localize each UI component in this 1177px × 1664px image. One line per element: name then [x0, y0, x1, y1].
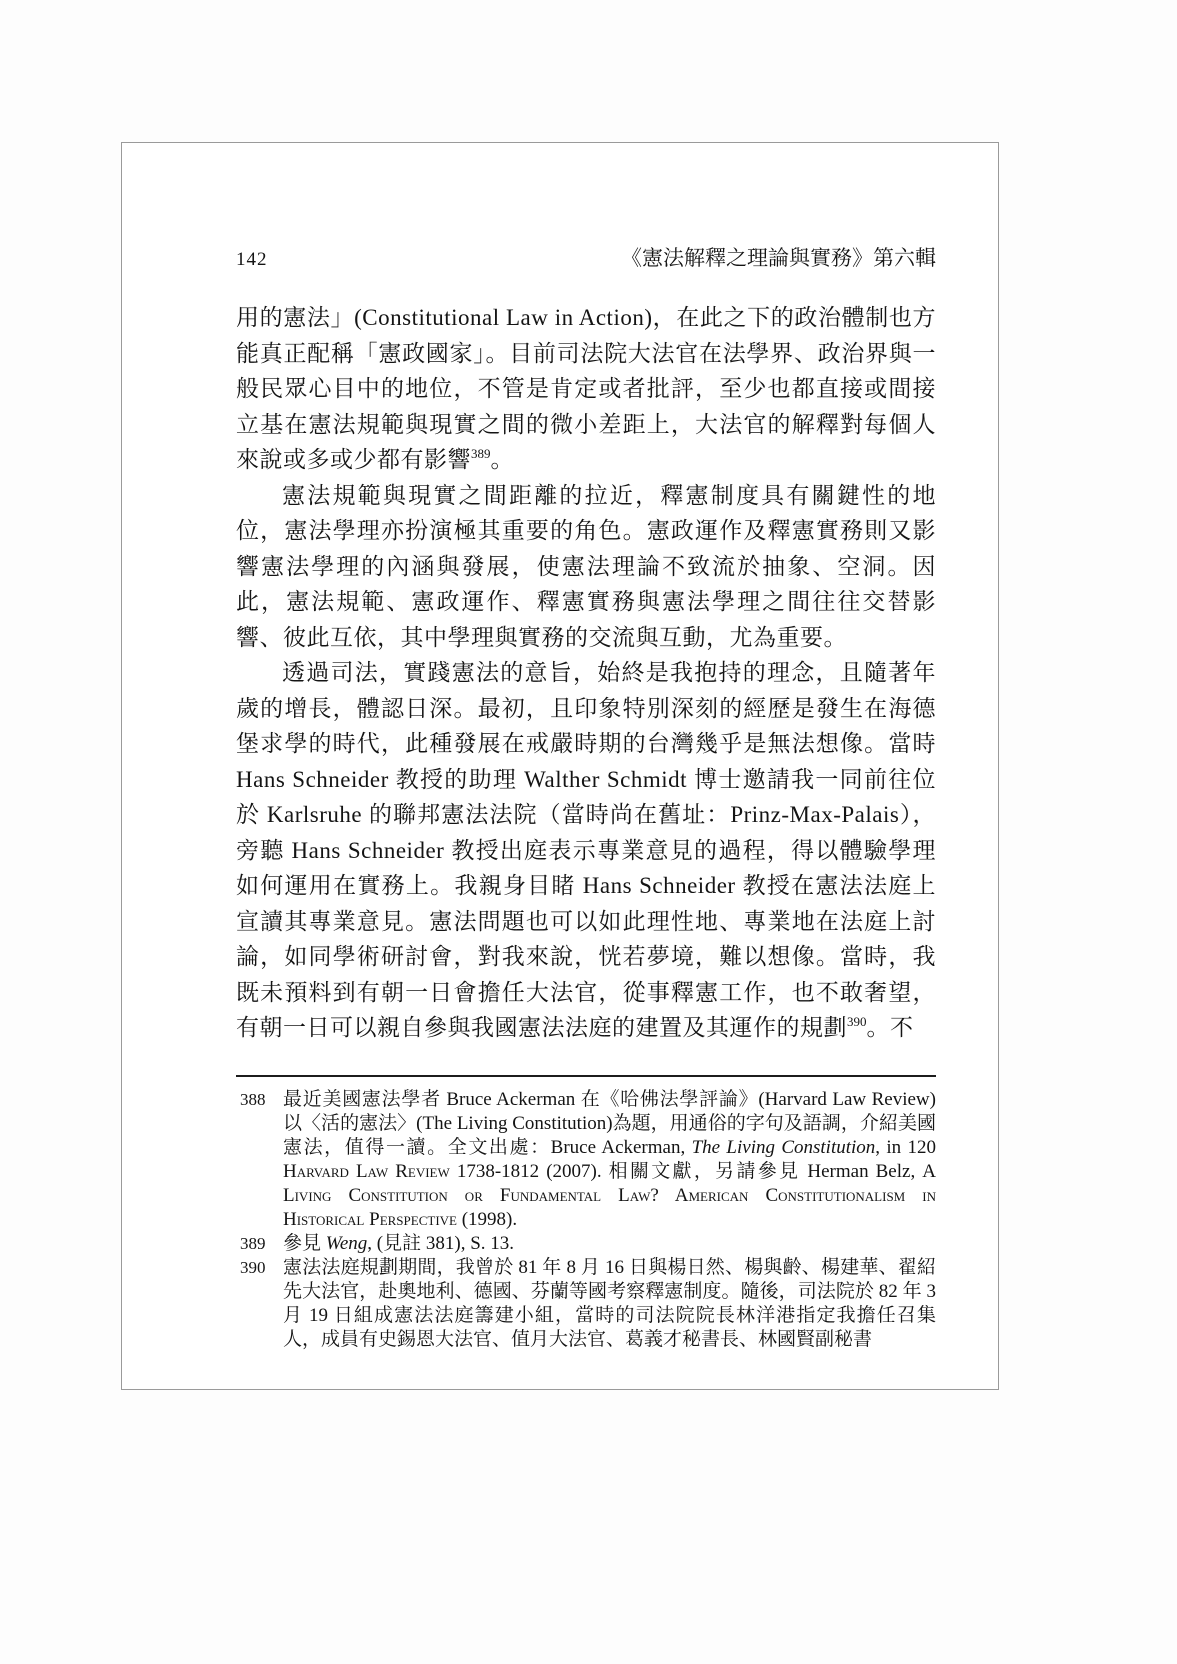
footnote-text: 參見 Weng, (見註 381), S. 13. — [283, 1233, 514, 1254]
footnote-390: 390憲法法庭規劃期間，我曾於 81 年 8 月 16 日與楊日然、楊與齡、楊建… — [236, 1256, 936, 1352]
text-run: 。不 — [867, 1015, 914, 1040]
footnote-text: 最近美國憲法學者 Bruce Ackerman 在《哈佛法學評論》(Harvar… — [283, 1089, 936, 1230]
text-run: 憲法法庭規劃期間，我曾於 81 年 8 月 16 日與楊日然、楊與齡、楊建華、翟… — [283, 1257, 936, 1350]
page-content: 142 《憲法解釋之理論與實務》第六輯 用的憲法」(Constitutional… — [122, 242, 998, 1488]
page: 142 《憲法解釋之理論與實務》第六輯 用的憲法」(Constitutional… — [121, 142, 999, 1390]
body-paragraph: 用的憲法」(Constitutional Law in Action)，在此之下… — [236, 300, 936, 478]
footnote-number: 388 — [240, 1088, 266, 1112]
footnote-number: 389 — [240, 1232, 266, 1256]
page-header: 142 《憲法解釋之理論與實務》第六輯 — [236, 242, 936, 272]
body-text: 用的憲法」(Constitutional Law in Action)，在此之下… — [236, 300, 936, 1046]
text-run: 。 — [491, 447, 515, 472]
footnote-number: 390 — [240, 1256, 266, 1280]
page-number: 142 — [236, 249, 268, 271]
footnote-388: 388最近美國憲法學者 Bruce Ackerman 在《哈佛法學評論》(Har… — [236, 1088, 936, 1232]
text-run: 參見 — [283, 1233, 326, 1254]
body-paragraph: 透過司法，實踐憲法的意旨，始終是我抱持的理念，且隨著年歲的增長，體認日深。最初，… — [236, 655, 936, 1046]
italic-run: The Living Constitution — [692, 1137, 876, 1158]
footnote-ref-390: 390 — [847, 1014, 867, 1029]
text-run: 用的憲法」(Constitutional Law in Action)，在此之下… — [236, 305, 936, 472]
book-title: 《憲法解釋之理論與實務》第六輯 — [621, 242, 936, 272]
footnotes: 388最近美國憲法學者 Bruce Ackerman 在《哈佛法學評論》(Har… — [236, 1088, 936, 1352]
text-run: , in 120 — [875, 1137, 936, 1158]
text-run: (1998). — [457, 1209, 517, 1230]
smallcaps-run: Harvard Law Review — [283, 1161, 450, 1182]
italic-run: Weng — [326, 1233, 368, 1254]
footnote-ref-389: 389 — [471, 446, 491, 461]
text-run: , (見註 381), S. 13. — [367, 1233, 514, 1254]
text-run: 憲法規範與現實之間距離的拉近，釋憲制度具有關鍵性的地位，憲法學理亦扮演極其重要的… — [236, 483, 936, 650]
text-run: 1738-1812 (2007). 相關文獻，另請參見 Herman Belz, — [450, 1161, 923, 1182]
text-run: 透過司法，實踐憲法的意旨，始終是我抱持的理念，且隨著年歲的增長，體認日深。最初，… — [236, 660, 936, 1040]
footnote-text: 憲法法庭規劃期間，我曾於 81 年 8 月 16 日與楊日然、楊與齡、楊建華、翟… — [283, 1257, 936, 1350]
footnote-separator — [236, 1075, 936, 1077]
body-paragraph: 憲法規範與現實之間距離的拉近，釋憲制度具有關鍵性的地位，憲法學理亦扮演極其重要的… — [236, 478, 936, 656]
footnote-389: 389參見 Weng, (見註 381), S. 13. — [236, 1232, 936, 1256]
